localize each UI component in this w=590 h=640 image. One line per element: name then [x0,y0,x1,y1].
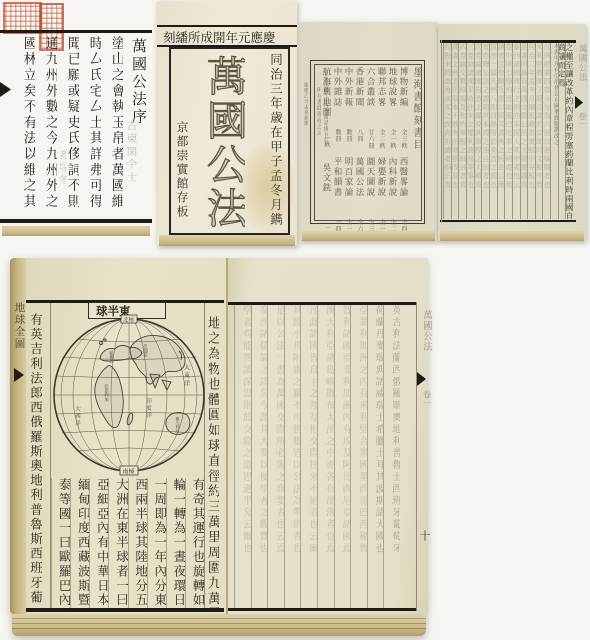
map-label-europe: 歐羅巴 [110,350,115,363]
bleedthrough-column: 凡例原書四卷今分為六冊以便檢閱者也 [542,43,550,219]
book-title: 聯邦志畧 [375,67,387,127]
map-label-australia: 澳大利亞 [176,416,181,433]
catalog-entry: 中外雜誌 數冊 平和韻書 一冊 [331,67,342,247]
bleedthrough-column: 四卷論交戰條規及和約章程之細目者焉 [458,43,466,219]
bleedthrough-text: 者㝵冬 [56,150,66,210]
catalog-note: 所在書肆皆有之云 [315,87,321,227]
book-title: 地球說畧 [386,67,398,127]
bleedthrough-column: 智利諸國亞非利加洲內有埃及阿比西尼亞諸國焉 [334,305,351,608]
bleedthrough-text: 古柬閑仐士 [126,120,137,210]
book-title: 香港新聞 [353,67,365,127]
top-border-rule [0,30,152,33]
book-title: 明百家論 [342,157,354,217]
open-book-spread: 地球全圖 球半東 [10,256,428,636]
stacked-page-edges [302,231,435,241]
catalog-frame: 墨海書館刻書目 博物新編 全三帙 西醫畧論 全四冊 地球說畧 全一帙 內科新說 … [310,60,425,224]
bleedthrough-column: 凡此諸國皆自主之邦互相交際往來不絕者也云爾 [300,305,317,608]
bleedthrough-column: 泰西諸儒論之詳矣今譯其大要以便學者之觀覽也 [251,305,268,608]
map-label-africa: 亞非利加 [104,383,109,403]
map-label-atlantic: 大西洋 [74,405,81,427]
stacked-page-edges [2,226,150,236]
book-title: 內科新說 [386,157,398,217]
volume-info: 八冊 [355,129,364,157]
book-title: 六合叢談 [364,67,376,127]
annotation-column: 本書中凡有引用皆以自國準繹點勘改之 [550,43,558,219]
band-top-line [157,25,297,27]
catalog-entry: 博物新編 全三帙 西醫畧論 全四冊 [397,67,408,247]
spine-volume: 卷一 [577,112,588,138]
bleedthrough-column: 三卷論諸國平時往來之權利義務等事也 [466,43,474,219]
text-column: 一周即為一年內分東 [147,478,166,608]
fold-line [416,302,417,611]
page-treaty-text: 之權至讓改革約內章程勞塞葯蘭比利時兩國自行 商議而定焉 本書中凡有引用皆以自國準… [438,24,586,241]
page-blank-verso: 英吉利法蘭西俄羅斯奧地利普魯士西班牙葡萄牙 荷蘭丹麥瑞典諾威瑞士希臘土耳其波斯諸… [226,258,428,614]
text-column: 輪一轉為一晝夜環日 [166,478,185,608]
book-title: 平和韻書 [331,157,343,217]
bleedthrough-column: 譯書之例悉仍原本不敢有所增損改易也 [451,43,459,219]
catalog-entry: 地球說畧 全一帙 內科新說 全二冊 [386,67,397,247]
book-title: 中外雜誌 [331,67,343,127]
edge-label: 地球全圖 [14,302,25,364]
bottom-border-rule [0,219,152,223]
volume-info: 數冊 [333,129,342,157]
volume-info: 廿六冊 [366,129,375,157]
bleedthrough-columns: 英吉利法蘭西俄羅斯奧地利普魯士西班牙葡萄牙 荷蘭丹麥瑞典諾威瑞士希臘土耳其波斯諸… [234,305,400,608]
book-title: 博物新編 [397,67,409,127]
text-column: 大洲在東半球者一曰 [108,478,127,608]
bleedthrough-column: 澳大利亞諸島嶼散布大洋之中亦各有部落者也焉 [317,305,334,608]
bleedthrough-column: 同治三年孟冬月鐫版藏崇實館中存板也 [527,43,535,219]
bleedthrough-column: 次卷論諸國自然之權及其章程之大略焉 [474,43,482,219]
fishtail-mark-icon [0,82,11,97]
bleedthrough-column: 學者苟能熟讀深思則於交際之道思過半矣云爾也 [234,305,251,608]
stacked-page-edges [440,231,584,241]
spine-title: 萬國公法 [419,310,433,368]
page-number: 十 [419,530,430,546]
text-column: 亞細亞內有中華日本 [89,478,108,608]
map-label-south-pole: 南極 [123,468,135,476]
spine-title: 萬國公法 [576,44,588,92]
bleedthrough-column: 讀者宜參觀互證以明其義例之所在云爾 [497,43,505,219]
book-title: 中外新報 [342,67,354,127]
book-title: 西醫畧論 [397,157,409,217]
preface-column: 聞已願或疑史氏侈詞不則 [65,36,79,218]
text-column-right: 地之為物也體圓如球直徑約三萬里周圍九萬里 [206,316,219,609]
page-map: 球半東 [26,258,226,614]
bleedthrough-column: 英吉利法蘭西俄羅斯奧地利普魯士西班牙葡萄牙 [383,305,400,608]
frame-left-line [441,40,442,222]
map-label-indian-ocean: 印度洋 [145,397,152,419]
preface-column: 國林立矣不有法以維之其 [21,36,35,218]
publisher-band: 刻繙所成開年元應慶 [163,28,291,46]
text-columns: 之權至讓改革約內章程勞塞葯蘭比利時兩國自行 商議而定焉 本書中凡有引用皆以自國準… [443,43,573,219]
bleedthrough-column: 亞墨利加洲之內有米利堅合衆國墨西哥巴西秘魯 [350,305,367,608]
preface-column: 通九州外數之今九州外之 [43,36,57,218]
margin-note: 慶應乙丑孟夏新鐫 [303,82,308,202]
preface-column: 時厶氏宅厶土其詳弗可得 [87,36,101,218]
map-label-north-pole: 北極 [123,316,135,324]
text-column: 有奇其運行也旋轉如 [185,478,204,608]
volume-info: 全三帙 [399,129,408,157]
bleedthrough-column: 泰西諸國通行之例亦多採入其中者也云 [512,43,520,219]
bleedthrough-column: 首卷釋公法之義明其本源之所自出者也 [481,43,489,219]
text-column: 之權至讓改革約內章程勞塞葯蘭比利時兩國自行 [565,43,573,219]
fishtail-mark-icon [575,96,583,109]
volume-info: 數冊 [344,129,353,157]
bleedthrough-column: 是書所論皆萬國交際公法之大端要義焉 [520,43,528,219]
page-catalog: 墨海書館刻書目 博物新編 全三帙 西醫畧論 全四冊 地球說畧 全一帙 內科新說 … [300,22,437,241]
text-column: 泰等國一曰歐羅巴內 [51,478,70,608]
eastern-hemisphere-map: 大東洋 印度洋 大西洋 亞非利加 歐羅巴 亞細亞 澳大利亞 北極 南極 [50,314,208,476]
bleedthrough-column: 荷蘭丹麥瑞典諾威瑞士希臘土耳其波斯諸大國也 [367,305,384,608]
photo-of-antique-books: 萬國公法序 塗山之會執玉帛者萬國維 時厶氏宅厶土其詳弗可得 聞已願或疑史氏侈詞不… [0,0,590,640]
bottom-border-rule [26,608,224,612]
catalog-entry: 聯邦志畧 全二帙 婦嬰新說 全一冊 [375,67,386,247]
stacked-page-edges [12,614,426,636]
map-label-pacific: 大東洋 [183,363,190,388]
fishtail-mark-icon [417,372,426,386]
catalog-entry: 中外新報 數冊 明百家論 全一冊 [342,67,353,247]
book-title: 婦嬰新說 [375,157,387,217]
bottom-border-rule [440,220,576,222]
bleedthrough-column: 校勘未精魯魚亥豕之誤尚祈讀者指正焉 [443,43,451,219]
text-column: 緬甸印度西藏波斯暨 [70,478,89,608]
publisher-column: 京都崇實館存板 [176,121,188,229]
spine-volume: 卷一 [420,390,432,416]
bleedthrough-column: 其餘小邦附庸之屬不可勝數皆以公法為準則者也 [284,305,301,608]
paper-stain [240,142,295,232]
text-column: 商議而定焉 [558,43,566,219]
bottom-border-rule [228,608,416,611]
seal-script-title: 萬國公法 [201,55,245,229]
map-label-asia: 亞細亞 [143,343,148,358]
bleedthrough-column: 米利堅教師丁韙良譯於京師同文館中焉 [535,43,543,219]
book-title: 圜天圖說 [364,157,376,217]
bleedthrough-column: 原序一篇凡例八則目錄附於卷首之前也 [489,43,497,219]
volume-info: 全一帙 [388,129,397,157]
text-column: 西兩半球其陸地分五 [128,478,147,608]
volume-info: 全二帙 [377,129,386,157]
text-columns-below-map: 有奇其運行也旋轉如輪一轉為一晝夜環日一周即為一年內分東西兩半球其陸地分五大洲在東… [51,478,204,608]
catalog-entry: 香港新聞 八冊 萬國公法 全六冊 [353,67,364,247]
stacked-page-edges [159,235,295,246]
text-column-left: 有英吉利法郎西俄羅斯奧地利普魯斯西班牙葡 [29,313,42,609]
catalog-note: 右各書皆上海香港諸處刊行 [322,71,328,211]
catalog-entry: 六合叢談 廿六冊 圜天圖說 全三冊 [364,67,375,247]
page-title: 刻繙所成開年元應慶 同治三年歳在甲子孟冬月鐫 萬國公法 京都崇實館存板 [157,1,297,246]
preface-column: 塗山之會執玉帛者萬國維 [109,36,123,218]
gutter-shadow [226,258,228,614]
book-title: 萬國公法 [353,157,365,217]
catalog-header: 墨海書館刻書目 [411,67,421,217]
bleedthrough-column: 是以公法一書為萬國交際所必需之典要者也云焉 [267,305,284,608]
bleedthrough-column: 卷中所引條約皆歐羅巴近事之明證也焉 [504,43,512,219]
